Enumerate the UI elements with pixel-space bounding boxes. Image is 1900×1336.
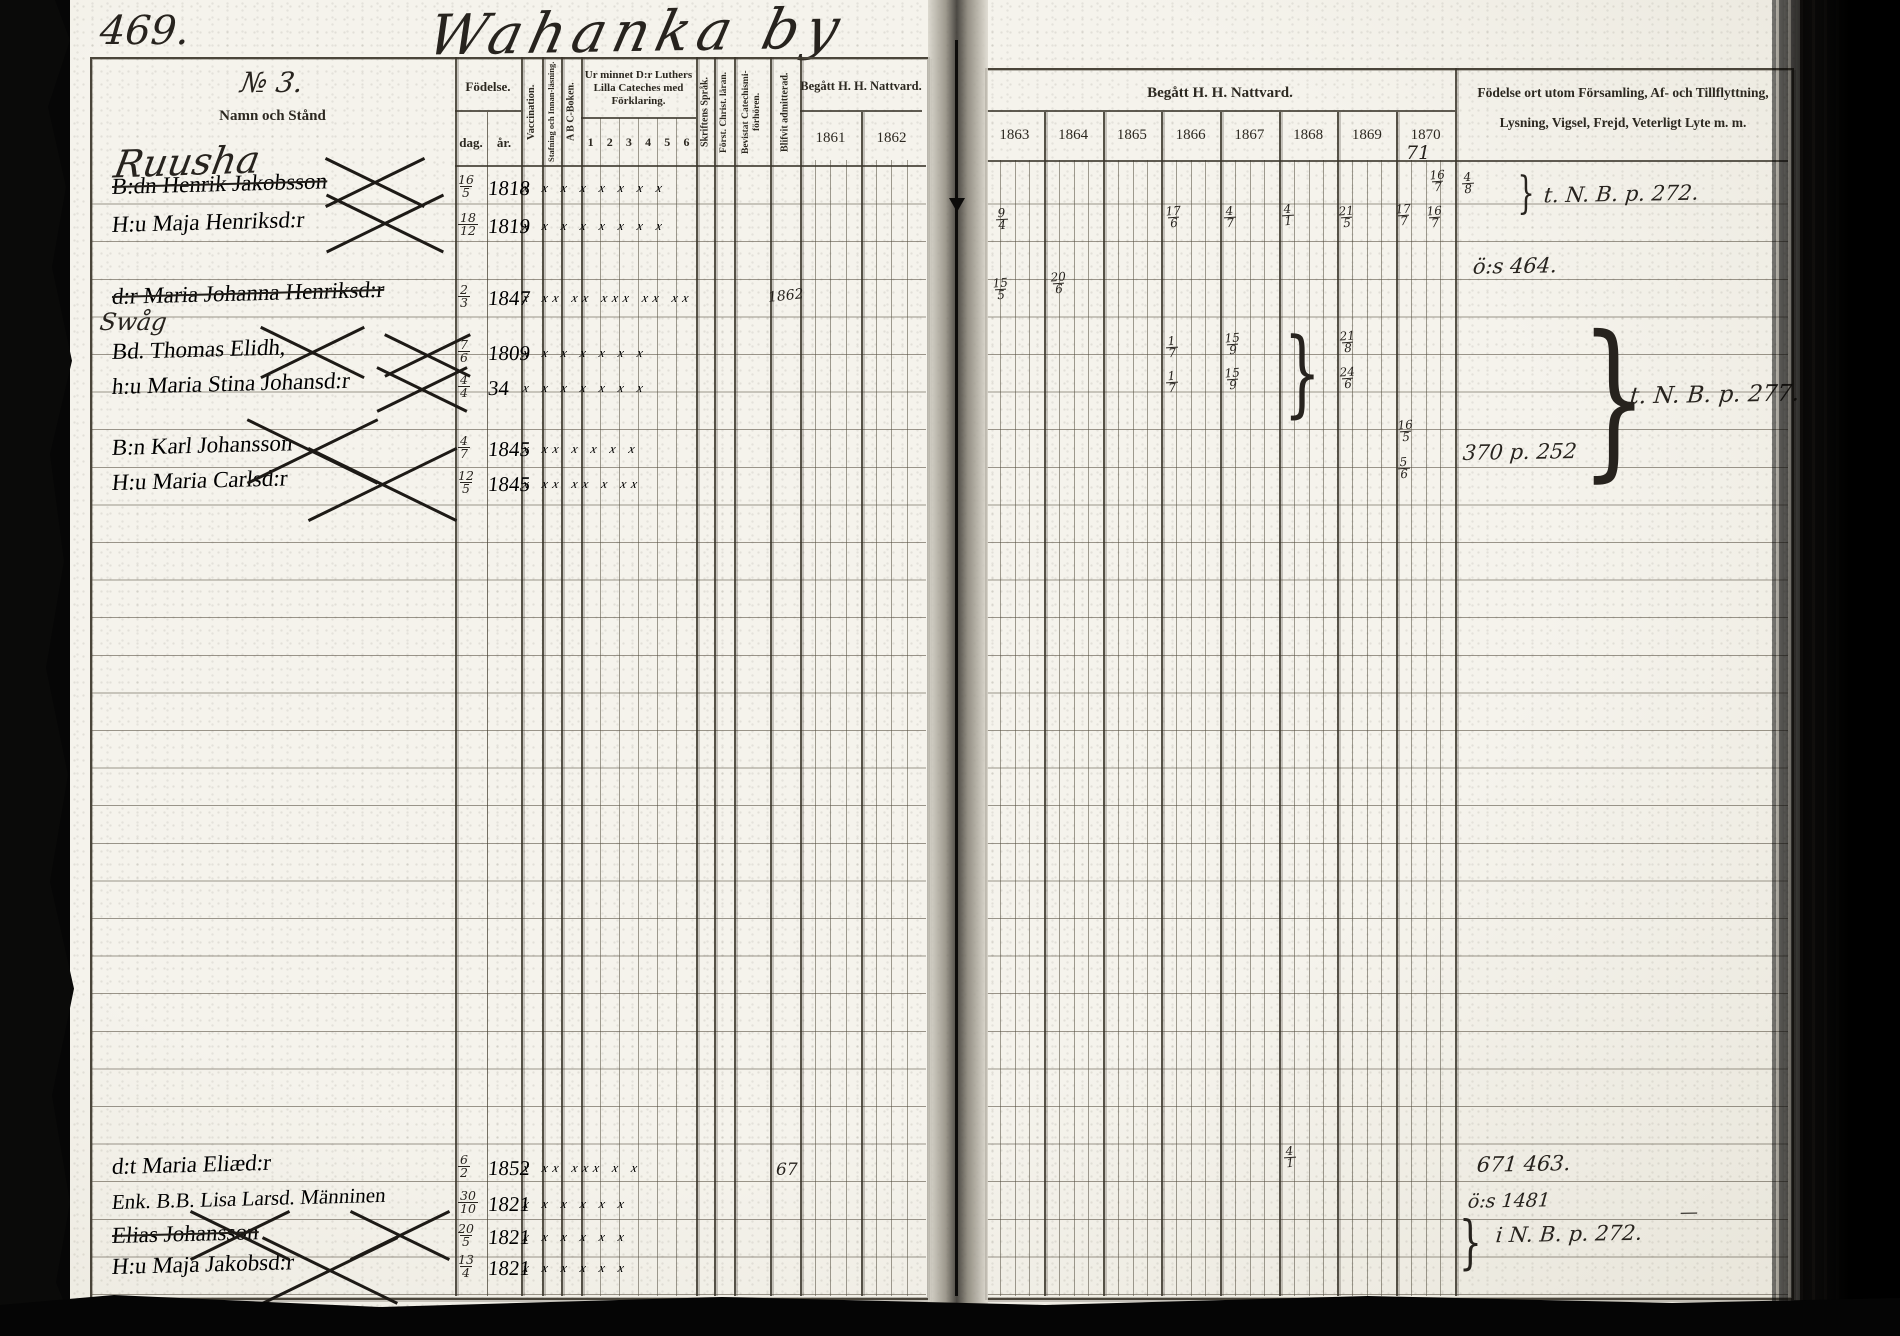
grid-line bbox=[891, 160, 892, 1296]
abc-book-column-header: A B C-Boken. bbox=[561, 60, 581, 164]
catechism-meeting-column-header: Bevistat Catechismi-förhören. bbox=[734, 60, 770, 164]
communion-date-den: 1 bbox=[1284, 1157, 1296, 1170]
register-row: B:dn Henrik Jakobsson 165 1818 x x x x x… bbox=[90, 172, 930, 210]
grid-line bbox=[1191, 160, 1192, 1296]
register-row: B:n Karl Johansson 47 1845 x xx x x x x bbox=[90, 433, 930, 471]
strike-cross bbox=[255, 1240, 405, 1298]
communion-date-den: 8 bbox=[1462, 183, 1474, 196]
communion-date-den: 7 bbox=[1166, 382, 1178, 395]
catechism-subcolumns: 1 2 3 4 5 6 bbox=[581, 120, 696, 164]
grid-line bbox=[1059, 160, 1060, 1296]
birth-day-den: 10 bbox=[458, 1202, 478, 1215]
annotation-note: 671 463. bbox=[1476, 1151, 1572, 1177]
reading-marks: x x x x x x bbox=[522, 1196, 631, 1212]
page-number: 469. bbox=[98, 8, 191, 54]
birth-column-header: Födelse. bbox=[455, 72, 521, 102]
grid-line bbox=[1133, 160, 1134, 1296]
grid-line bbox=[1000, 160, 1001, 1296]
communion-date-den: 5 bbox=[995, 289, 1007, 302]
binding-crease-tip bbox=[949, 198, 965, 212]
grid-line bbox=[455, 165, 926, 167]
communion-date-den: 5 bbox=[1341, 217, 1353, 230]
grid-line bbox=[1103, 112, 1105, 1296]
catechism-subcol-3: 3 bbox=[619, 120, 638, 164]
admitted-column-header: Blifvit admitterad. bbox=[770, 60, 800, 164]
birth-year-header: år. bbox=[487, 128, 521, 158]
birth-year: 34 bbox=[487, 376, 511, 401]
reading-marks: x x x x x x bbox=[522, 1260, 631, 1276]
year-1866: 1866 bbox=[1161, 112, 1220, 158]
communion-date-den: 6 bbox=[1168, 217, 1180, 230]
communion-date-den: 4 bbox=[996, 219, 1008, 232]
birth-day-den: 4 bbox=[460, 1266, 472, 1279]
reading-marks: x x x x x x x bbox=[522, 345, 650, 361]
entry-name: B:dn Henrik Jakobsson bbox=[111, 168, 329, 200]
grid-line bbox=[1455, 68, 1457, 1296]
birth-day: 2 bbox=[460, 284, 468, 296]
grid-line bbox=[1015, 160, 1016, 1296]
birth-day-den: 5 bbox=[460, 186, 472, 199]
grid-line bbox=[1088, 160, 1089, 1296]
grid-line bbox=[1411, 160, 1412, 1296]
grid-line bbox=[1396, 112, 1398, 1296]
spelling-reading-column-header: Stafning och Innan-läsning. bbox=[542, 60, 561, 164]
strike-cross bbox=[255, 322, 370, 380]
grid-line bbox=[1381, 160, 1382, 1296]
register-row: d:t Maria Eliæd:r 62 1852 x xx xxx x x bbox=[90, 1152, 930, 1190]
birth-day: 13 bbox=[458, 1254, 474, 1266]
grid-line bbox=[846, 160, 847, 1296]
grid-line bbox=[1426, 160, 1427, 1296]
annotation-note: 370 p. 252 bbox=[1462, 439, 1578, 465]
birth-day-den: 2 bbox=[458, 1166, 470, 1179]
household-number-heading: № 3. bbox=[90, 62, 455, 102]
communion-date-den: 9 bbox=[1227, 344, 1239, 357]
brace-mark: } bbox=[1517, 168, 1534, 219]
grid-line bbox=[1440, 160, 1441, 1296]
grid-line bbox=[1029, 160, 1030, 1296]
admitted-year-note: 67 bbox=[776, 1160, 798, 1180]
grid-line bbox=[830, 160, 831, 1296]
register-row: Bd. Thomas Elidh, 76 1809 x x x x x x x bbox=[90, 337, 930, 375]
grid-line bbox=[1220, 112, 1222, 1296]
grid-line bbox=[815, 160, 816, 1296]
group-label: Swåg bbox=[98, 308, 169, 336]
birth-day-den: 3 bbox=[458, 296, 470, 309]
reading-marks: x xx xxx x x bbox=[522, 1160, 644, 1176]
communion-column-header-left: Begått H. H. Nattvard. bbox=[800, 64, 922, 108]
entry-name: d:t Maria Eliæd:r bbox=[111, 1150, 272, 1180]
register-row: H:u Maria Carlsd:r 125 1845 x xx xx x xx bbox=[90, 468, 930, 506]
year-1867: 1867 bbox=[1220, 112, 1279, 158]
birth-day-den: 5 bbox=[460, 1235, 472, 1248]
reading-marks: x x x x x x x x bbox=[522, 180, 669, 196]
communion-date-den: 5 bbox=[1400, 431, 1412, 444]
grid-line bbox=[1264, 160, 1265, 1296]
grid-line bbox=[1323, 160, 1324, 1296]
communion-column-header-right: Begått H. H. Nattvard. bbox=[985, 80, 1455, 106]
catechism-subcol-4: 4 bbox=[639, 120, 658, 164]
binding-crease bbox=[955, 40, 958, 1296]
register-row: H:u Maja Henriksd:r 1812 1819 x x x x x … bbox=[90, 210, 930, 248]
year-1864: 1864 bbox=[1044, 112, 1103, 158]
grid-line bbox=[907, 160, 908, 1296]
grid-line bbox=[1205, 160, 1206, 1296]
year-1865: 1865 bbox=[1103, 112, 1162, 158]
communion-year-1862: 1862 bbox=[861, 118, 922, 158]
birth-day: 20 bbox=[458, 1223, 474, 1235]
torn-edge-right bbox=[1772, 0, 1900, 1336]
notes-column-header-line2: Lysning, Vigsel, Frejd, Veterligt Lyte m… bbox=[1460, 112, 1786, 134]
pen-dash: — bbox=[1679, 1202, 1699, 1223]
scanned-parish-register-page: 469. Wahanka by № 3. Namn och Stånd Föde… bbox=[0, 0, 1900, 1336]
communion-date-den: 7 bbox=[1166, 347, 1178, 360]
catechism-column-header: Ur minnet D:r Luthers Lilla Cateches med… bbox=[583, 60, 694, 116]
year-note-71: 71 bbox=[1406, 142, 1430, 164]
strike-cross bbox=[372, 360, 472, 416]
birth-day: 6 bbox=[460, 1154, 468, 1166]
right-page-ruling bbox=[987, 167, 1788, 1295]
grid-line bbox=[1279, 112, 1281, 1296]
grid-line bbox=[1074, 160, 1075, 1296]
communion-date-den: 8 bbox=[1342, 342, 1354, 355]
reading-marks: x x x x x x x bbox=[522, 380, 650, 396]
birth-day: 30 bbox=[460, 1190, 476, 1202]
brace-mark: } bbox=[1459, 1208, 1482, 1276]
year-1863: 1863 bbox=[985, 112, 1044, 158]
christian-doctrine-column-header: Först. Christ. läran. bbox=[714, 60, 734, 164]
communion-date-den: 7 bbox=[1429, 217, 1441, 230]
vaccination-column-header: Vaccination. bbox=[521, 60, 542, 164]
catechism-subcol-1: 1 bbox=[581, 120, 600, 164]
grid-line bbox=[581, 117, 696, 119]
grid-line bbox=[1118, 160, 1119, 1296]
reading-marks: x x x x x x x x bbox=[522, 218, 669, 234]
annotation-note: i N. B. p. 272. bbox=[1495, 1221, 1643, 1248]
grid-line bbox=[1147, 160, 1148, 1296]
reading-marks: x xx xx xxx xx xx bbox=[522, 290, 695, 306]
household-number: № 3. bbox=[239, 66, 307, 99]
grid-line bbox=[985, 160, 1788, 162]
strike-cross bbox=[320, 200, 450, 244]
brace-mark: } bbox=[1283, 318, 1320, 428]
communion-date-den: 7 bbox=[1398, 215, 1410, 228]
entry-name: d:r Maria Johanna Henriksd:r bbox=[111, 277, 386, 310]
catechism-subcol-6: 6 bbox=[677, 120, 696, 164]
birth-day-den: 12 bbox=[458, 224, 478, 237]
grid-line bbox=[1367, 160, 1368, 1296]
grid-line bbox=[876, 160, 877, 1296]
catechism-subcol-5: 5 bbox=[658, 120, 677, 164]
communion-date-den: 6 bbox=[1398, 468, 1410, 481]
strike-cross bbox=[320, 160, 430, 202]
birth-day-header: dag. bbox=[455, 128, 487, 158]
communion-date-den: 1 bbox=[1282, 215, 1294, 228]
grid-line bbox=[455, 110, 521, 112]
communion-date-den: 7 bbox=[1224, 217, 1236, 230]
reading-marks: x xx xx x xx bbox=[522, 476, 644, 492]
birth-day: 16 bbox=[458, 174, 474, 186]
entry-name: H:u Maja Henriksd:r bbox=[111, 207, 306, 238]
annotation-note: ö:s 464. bbox=[1472, 253, 1558, 278]
communion-date-den: 7 bbox=[1432, 181, 1444, 194]
catechism-subcol-2: 2 bbox=[600, 120, 619, 164]
scripture-language-column-header: Skriftens Språk. bbox=[696, 60, 714, 164]
grid-line bbox=[1176, 160, 1177, 1296]
grid-line bbox=[800, 110, 922, 112]
reading-marks: x x x x x x bbox=[522, 1229, 631, 1245]
communion-date-den: 9 bbox=[1227, 379, 1239, 392]
reading-marks: x xx x x x x bbox=[522, 441, 641, 457]
name-column-header: Namn och Stånd bbox=[90, 104, 455, 128]
annotation-note: t. N. B. p. 272. bbox=[1543, 181, 1700, 208]
year-1869: 1869 bbox=[1338, 112, 1397, 158]
birth-day: 18 bbox=[460, 212, 476, 224]
communion-year-1861: 1861 bbox=[800, 118, 861, 158]
grid-line bbox=[1250, 160, 1251, 1296]
communion-year-row: 1863 1864 1865 1866 1867 1868 1869 1870 bbox=[985, 112, 1455, 158]
strike-cross bbox=[300, 452, 465, 514]
grid-line bbox=[1337, 112, 1339, 1296]
register-row: h:u Maria Stina Johansd:r 44 34 x x x x … bbox=[90, 372, 930, 410]
communion-date-den: 6 bbox=[1053, 283, 1065, 296]
birth-day: 4 bbox=[460, 435, 468, 447]
communion-date-den: 6 bbox=[1342, 378, 1354, 391]
grid-line bbox=[1044, 112, 1046, 1296]
notes-column-header-line1: Födelse ort utom Församling, Af- och Til… bbox=[1460, 82, 1786, 104]
year-1868: 1868 bbox=[1279, 112, 1338, 158]
grid-line bbox=[1161, 112, 1163, 1296]
